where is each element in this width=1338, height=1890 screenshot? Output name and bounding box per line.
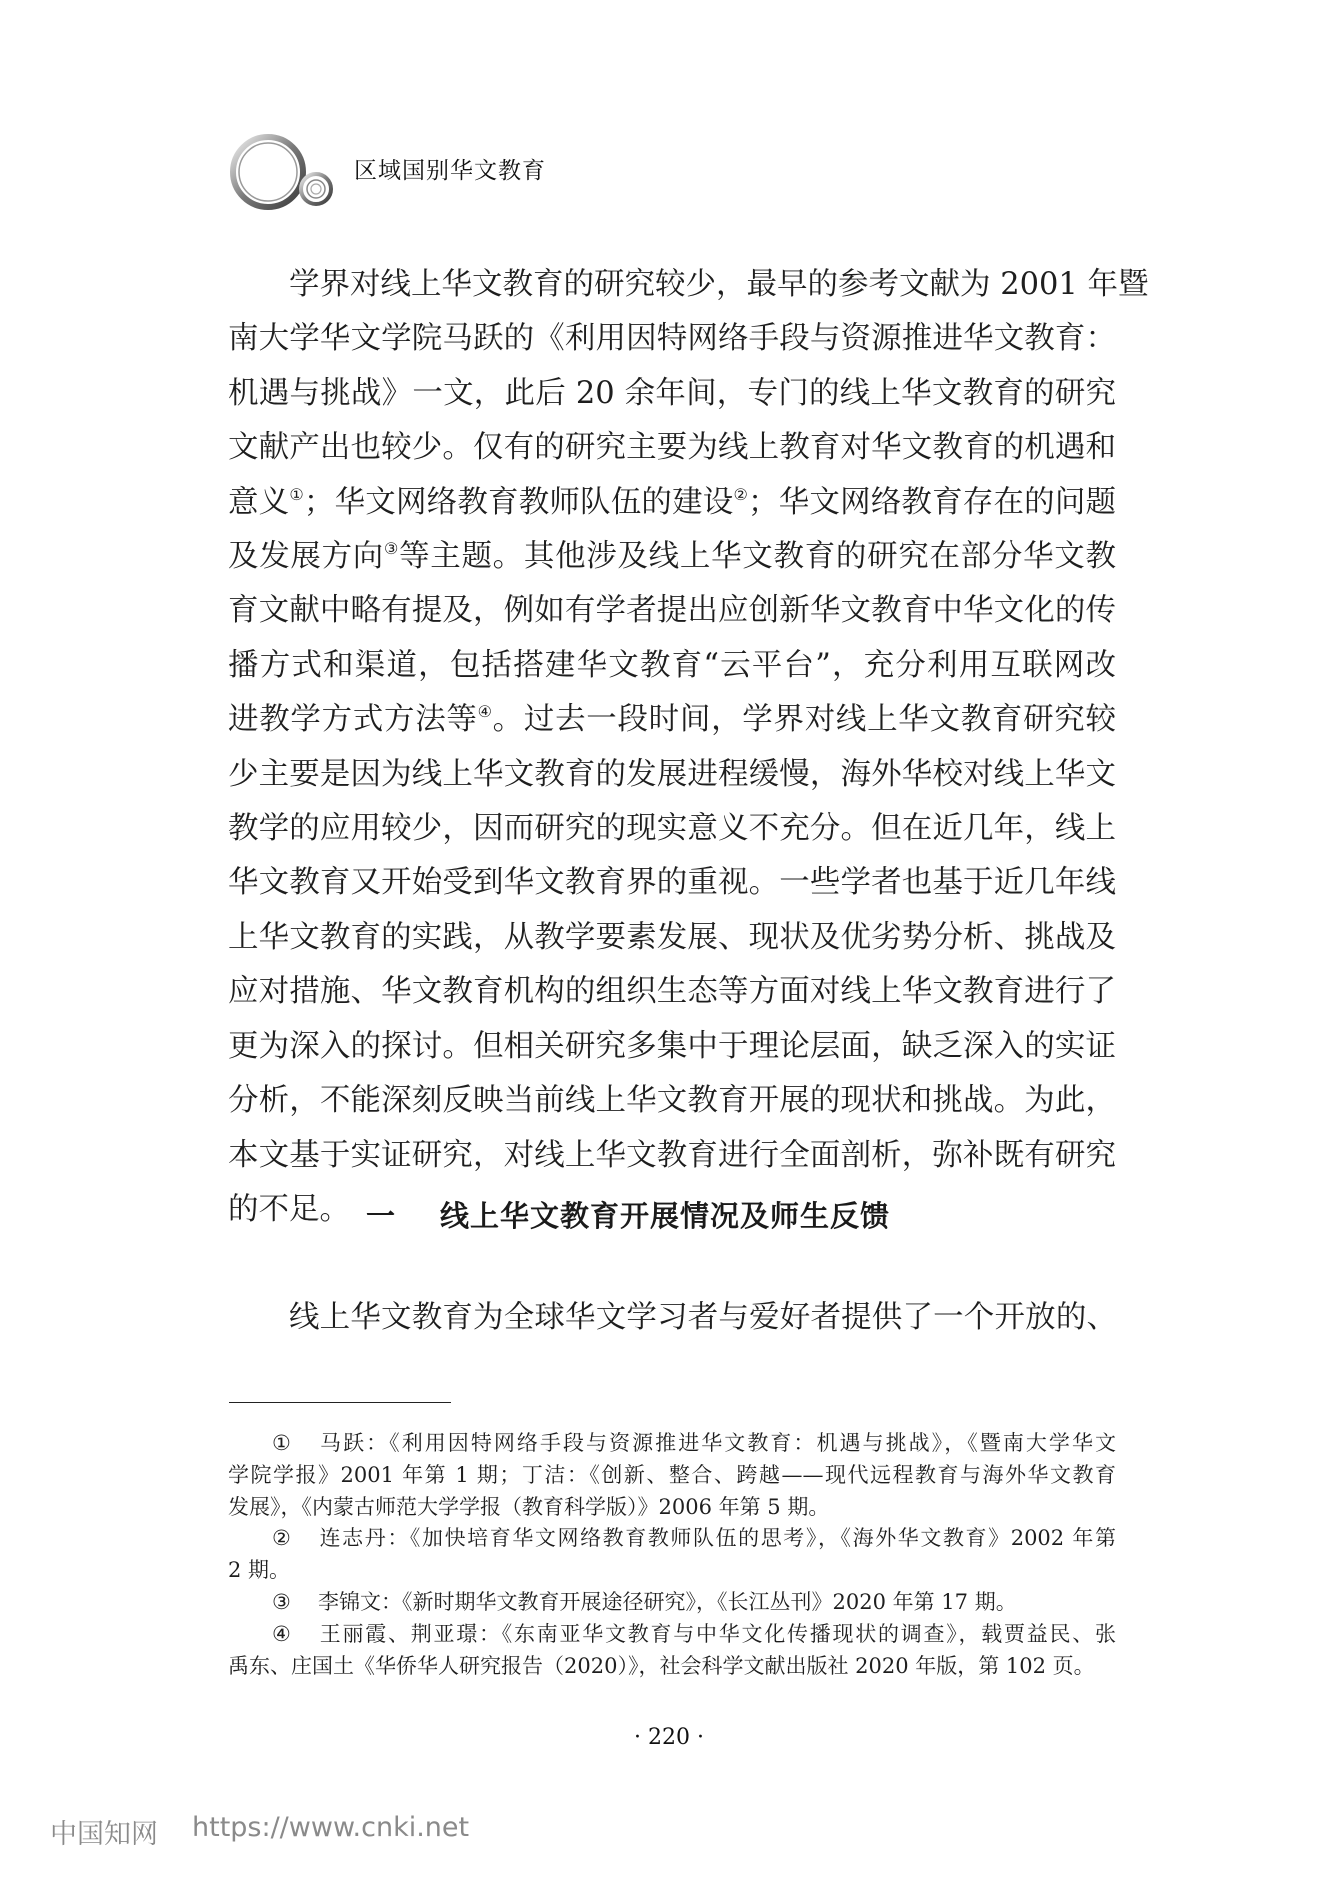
footnote-ref-3[interactable]: ③ bbox=[384, 539, 399, 558]
footnote-1: ①马跃：《利用因特网络手段与资源推进华文教育：机遇与挑战》，《暨南大学华文 学院… bbox=[228, 1428, 1116, 1523]
text-line: 华文教育又开始受到华文教育界的重视。一些学者也基于近几年线 bbox=[228, 856, 1116, 910]
section-number: 一 bbox=[366, 1199, 396, 1233]
text-line: 分析，不能深刻反映当前线上华文教育开展的现状和挑战。为此， bbox=[228, 1074, 1116, 1128]
footnote-mark: ② bbox=[272, 1523, 318, 1555]
footnote-mark: ④ bbox=[272, 1619, 318, 1651]
footnote-divider bbox=[229, 1402, 451, 1403]
running-header: 区域国别华文教育 bbox=[228, 132, 546, 212]
footnote-4: ④王丽霞、荆亚璟：《东南亚华文教育与中华文化传播现状的调查》，载贾益民、张 禹东… bbox=[228, 1619, 1116, 1683]
footnote-line: ③李锦文：《新时期华文教育开展途径研究》，《长江丛刊》2020 年第 17 期。 bbox=[228, 1587, 1116, 1619]
footnote-mark: ① bbox=[272, 1428, 318, 1460]
text-line: 进教学方式方法等④。过去一段时间，学界对线上华文教育研究较 bbox=[228, 693, 1116, 747]
page-number: · 220 · bbox=[0, 1725, 1338, 1750]
text-line: 育文献中略有提及，例如有学者提出应创新华文教育中华文化的传 bbox=[228, 584, 1116, 638]
text-line: 文献产出也较少。仅有的研究主要为线上教育对华文教育的机遇和 bbox=[228, 421, 1116, 475]
footnote-line: ②连志丹：《加快培育华文网络教育教师队伍的思考》，《海外华文教育》2002 年第 bbox=[228, 1523, 1116, 1555]
footnotes: ①马跃：《利用因特网络手段与资源推进华文教育：机遇与挑战》，《暨南大学华文 学院… bbox=[228, 1428, 1116, 1682]
text-line: 学界对线上华文教育的研究较少，最早的参考文献为 2001 年暨 bbox=[228, 258, 1116, 312]
running-header-title: 区域国别华文教育 bbox=[354, 152, 546, 185]
footnote-line: 2 期。 bbox=[228, 1555, 1116, 1587]
footnote-3: ③李锦文：《新时期华文教育开展途径研究》，《长江丛刊》2020 年第 17 期。 bbox=[228, 1587, 1116, 1619]
double-ring-logo-icon bbox=[228, 132, 346, 212]
cnki-watermark: 中国知网 https://www.cnki.net bbox=[50, 1812, 469, 1851]
text-line: 南大学华文学院马跃的《利用因特网络手段与资源推进华文教育： bbox=[228, 312, 1116, 366]
watermark-url[interactable]: https://www.cnki.net bbox=[192, 1812, 469, 1851]
footnote-ref-1[interactable]: ① bbox=[289, 485, 304, 504]
footnote-ref-4[interactable]: ④ bbox=[478, 702, 493, 721]
footnote-mark: ③ bbox=[272, 1587, 318, 1619]
section-heading: 一线上华文教育开展情况及师生反馈 bbox=[0, 1194, 1338, 1235]
text-line: 播方式和渠道，包括搭建华文教育“云平台”，充分利用互联网改 bbox=[228, 639, 1116, 693]
text-line: 本文基于实证研究，对线上华文教育进行全面剖析，弥补既有研究 bbox=[228, 1129, 1116, 1183]
text-line: 及发展方向③等主题。其他涉及线上华文教育的研究在部分华文教 bbox=[228, 530, 1116, 584]
footnote-line: ④王丽霞、荆亚璟：《东南亚华文教育与中华文化传播现状的调查》，载贾益民、张 bbox=[228, 1619, 1116, 1651]
footnote-line: 学院学报》2001 年第 1 期；丁洁：《创新、整合、跨越——现代远程教育与海外… bbox=[228, 1460, 1116, 1492]
body-paragraph-2: 线上华文教育为全球华文学习者与爱好者提供了一个开放的、 bbox=[289, 1292, 1117, 1336]
text-line: 更为深入的探讨。但相关研究多集中于理论层面，缺乏深入的实证 bbox=[228, 1020, 1116, 1074]
text-line: 少主要是因为线上华文教育的发展进程缓慢，海外华校对线上华文 bbox=[228, 748, 1116, 802]
footnote-line: 发展》，《内蒙古师范大学学报（教育科学版）》2006 年第 5 期。 bbox=[228, 1492, 1116, 1524]
footnote-line: ①马跃：《利用因特网络手段与资源推进华文教育：机遇与挑战》，《暨南大学华文 bbox=[228, 1428, 1116, 1460]
text-line: 教学的应用较少，因而研究的现实意义不充分。但在近几年，线上 bbox=[228, 802, 1116, 856]
footnote-ref-2[interactable]: ② bbox=[733, 485, 748, 504]
watermark-brand: 中国知网 bbox=[50, 1812, 158, 1851]
text-line: 机遇与挑战》一文，此后 20 余年间，专门的线上华文教育的研究 bbox=[228, 367, 1116, 421]
footnote-line: 禹东、庄国土《华侨华人研究报告（2020）》，社会科学文献出版社 2020 年版… bbox=[228, 1651, 1116, 1683]
footnote-2: ②连志丹：《加快培育华文网络教育教师队伍的思考》，《海外华文教育》2002 年第… bbox=[228, 1523, 1116, 1587]
section-title: 线上华文教育开展情况及师生反馈 bbox=[440, 1199, 890, 1233]
text-line: 上华文教育的实践，从教学要素发展、现状及优劣势分析、挑战及 bbox=[228, 911, 1116, 965]
text-line: 应对措施、华文教育机构的组织生态等方面对线上华文教育进行了 bbox=[228, 965, 1116, 1019]
body-paragraph-1: 学界对线上华文教育的研究较少，最早的参考文献为 2001 年暨 南大学华文学院马… bbox=[228, 258, 1116, 1237]
text-line: 意义①；华文网络教育教师队伍的建设②；华文网络教育存在的问题 bbox=[228, 476, 1116, 530]
